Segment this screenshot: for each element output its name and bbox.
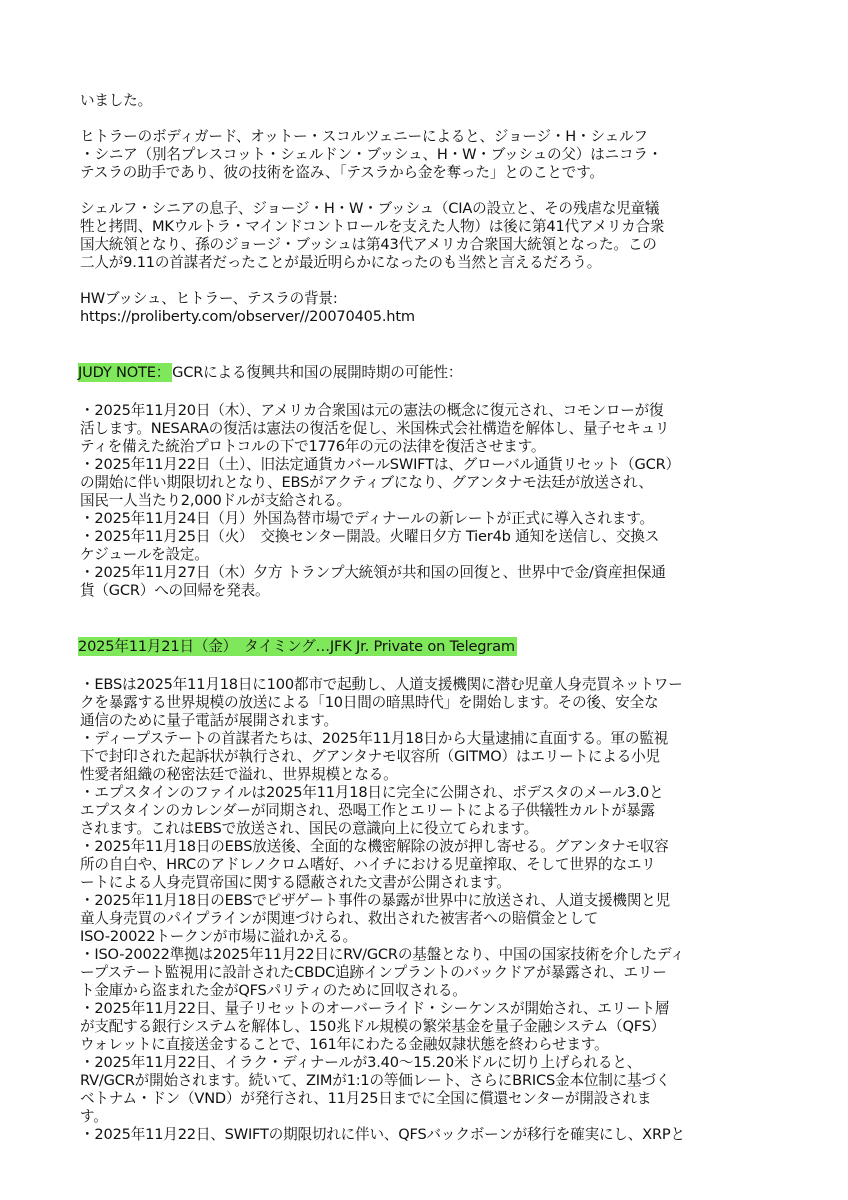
list-line: ・EBSは2025年11月18日に100都市で起動し、人道支援機関に潜む児童人身…: [80, 676, 770, 694]
list-line: ・2025年11月24日（月）外国為替市場でディナールの新レートが正式に導入され…: [80, 510, 770, 528]
list-line: ・2025年11月22日、イラク・ディナールが3.40～15.20米ドルに切り上…: [80, 1054, 770, 1072]
list-line: ・2025年11月22日、SWIFTの期限切れに伴い、QFSバックボーンが移行を…: [80, 1126, 770, 1144]
list-line: ・ISO-20022準拠は2025年11月22日にRV/GCRの基盤となり、中国…: [80, 946, 770, 964]
judy-note-list: ・2025年11月20日（木）、アメリカ合衆国は元の憲法の概念に復元され、コモン…: [80, 402, 770, 600]
list-line: 貨（GCR）への回帰を発表。: [80, 582, 770, 600]
list-line: エプスタインのカレンダーが同期され、恐喝工作とエリートによる子供犠牲カルトが暴露: [80, 802, 770, 820]
list-line: の開始に伴い期限切れとなり、EBSがアクティブになり、グアンタナモ法廷が放送され…: [80, 474, 770, 492]
list-line: ティを備えた統治プロトコルの下で1776年の元の法律を復活させます。: [80, 438, 770, 456]
text-line: 二人が9.11の首謀者だったことが最近明らかになったのも当然と言えるだろう。: [80, 254, 770, 272]
timing-heading-text: 2025年11月21日（金） タイミング…JFK Jr. Private on …: [78, 637, 517, 656]
text-line: ヒトラーのボディガード、オットー・スコルツェニーによると、ジョージ・H・シェルフ: [80, 128, 770, 146]
text-line: テスラの助手であり、彼の技術を盗み、「テスラから金を奪った」とのことです。: [80, 164, 770, 182]
judy-note-title: GCRによる復興共和国の展開時期の可能性：: [172, 364, 462, 381]
list-line: 通信のために量子電話が展開されます。: [80, 712, 770, 730]
list-line: クを暴露する世界規模の放送による「10日間の暗黒時代」を開始します。その後、安全…: [80, 694, 770, 712]
paragraph-hitler: ヒトラーのボディガード、オットー・スコルツェニーによると、ジョージ・H・シェルフ…: [80, 128, 770, 182]
timing-heading: 2025年11月21日（金） タイミング…JFK Jr. Private on …: [80, 636, 770, 658]
text-line: 牲と拷問、MKウルトラ・マインドコントロールを支えた人物）は後に第41代アメリカ…: [80, 218, 770, 236]
list-line: 下で封印された起訴状が執行され、グアンタナモ収容所（GITMO）はエリートによる…: [80, 748, 770, 766]
list-line: ・2025年11月22日（土）、旧法定通貨カバールSWIFTは、グローバル通貨リ…: [80, 456, 770, 474]
text-line: 国大統領となり、孫のジョージ・ブッシュは第43代アメリカ合衆国大統領となった。こ…: [80, 236, 770, 254]
list-line: ベトナム・ドン（VND）が発行され、11月25日までに全国に償還センターが開設さ…: [80, 1090, 770, 1108]
list-line: ・2025年11月27日（木）夕方 トランプ大統領が共和国の回復と、世界中で金/…: [80, 564, 770, 582]
list-line: 性愛者組織の秘密法廷で溢れ、世界規模となる。: [80, 766, 770, 784]
intro-tail-line: いました。: [80, 92, 770, 110]
timing-list: ・EBSは2025年11月18日に100都市で起動し、人道支援機関に潜む児童人身…: [80, 676, 770, 1144]
list-line: ・2025年11月25日（火） 交換センター開設。火曜日夕方 Tier4b 通知…: [80, 528, 770, 546]
list-line: ートによる人身売買帝国に関する隠蔽された文書が公開されます。: [80, 874, 770, 892]
list-line: ・2025年11月18日のEBS放送後、全面的な機密解除の波が押し寄せる。グアン…: [80, 838, 770, 856]
list-line: ープステート監視用に設計されたCBDC追跡インプラントのバックドアが暴露され、エ…: [80, 964, 770, 982]
list-line: ウォレットに直接送金することで、161年にわたる金融奴隷状態を終わらせます。: [80, 1036, 770, 1054]
background-label: HWブッシュ、ヒトラー、テスラの背景:: [80, 290, 770, 308]
list-line: 童人身売買のパイプラインが関連づけられ、救出された被害者への賠償金として: [80, 910, 770, 928]
list-line: ケジュールを設定。: [80, 546, 770, 564]
list-line: す。: [80, 1108, 770, 1126]
list-line: ・ディープステートの首謀者たちは、2025年11月18日から大量逮捕に直面する。…: [80, 730, 770, 748]
list-line: ・2025年11月22日、量子リセットのオーバーライド・シーケンスが開始され、エ…: [80, 1000, 770, 1018]
list-line: ISO-20022トークンが市場に溢れかえる。: [80, 928, 770, 946]
text-line: シェルフ・シニアの息子、ジョージ・H・W・ブッシュ（CIAの設立と、その残虐な児…: [80, 200, 770, 218]
list-line: 活します。NESARAの復活は憲法の復活を促し、米国株式会社構造を解体し、量子セ…: [80, 420, 770, 438]
list-line: ト金庫から盗まれた金がQFSパリティのために回収される。: [80, 982, 770, 1000]
list-line: RV/GCRが開始されます。続いて、ZIMが1:1の等価レート、さらにBRICS…: [80, 1072, 770, 1090]
document-page: いました。 ヒトラーのボディガード、オットー・スコルツェニーによると、ジョージ・…: [80, 92, 770, 1144]
list-line: 所の自白や、HRCのアドレノクロム嗜好、ハイチにおける児童搾取、そして世界的なエ…: [80, 856, 770, 874]
list-line: ・2025年11月18日のEBSでピザゲート事件の暴露が世界中に放送され、人道支…: [80, 892, 770, 910]
list-line: ・2025年11月20日（木）、アメリカ合衆国は元の憲法の概念に復元され、コモン…: [80, 402, 770, 420]
list-line: されます。これはEBSで放送され、国民の意識向上に役立てられます。: [80, 820, 770, 838]
list-line: が支配する銀行システムを解体し、150兆ドル規模の繁栄基金を量子金融システム（Q…: [80, 1018, 770, 1036]
judy-note-label: JUDY NOTE：: [78, 363, 172, 382]
background-link[interactable]: https://proliberty.com/observer//2007040…: [80, 308, 770, 326]
paragraph-bush: シェルフ・シニアの息子、ジョージ・H・W・ブッシュ（CIAの設立と、その残虐な児…: [80, 200, 770, 272]
text-line: ・シニア（別名プレスコット・シェルドン・ブッシュ、H・W・ブッシュの父）はニコラ…: [80, 146, 770, 164]
list-line: 国民一人当たり2,000ドルが支給される。: [80, 492, 770, 510]
judy-note-heading: JUDY NOTE：GCRによる復興共和国の展開時期の可能性：: [80, 362, 770, 384]
list-line: ・エプスタインのファイルは2025年11月18日に完全に公開され、ポデスタのメー…: [80, 784, 770, 802]
